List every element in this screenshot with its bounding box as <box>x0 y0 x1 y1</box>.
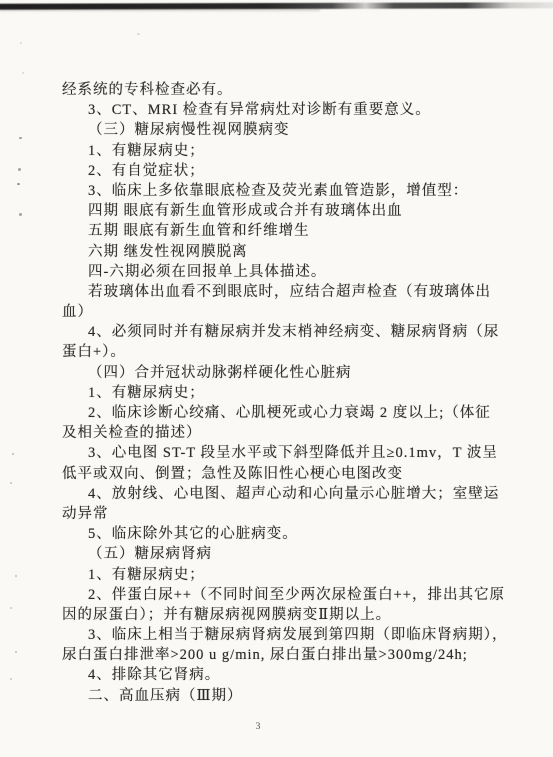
scan-speck <box>18 168 21 171</box>
text-line: 2、有自觉症状； <box>62 161 522 181</box>
scan-speck <box>10 678 12 680</box>
text-line: 经系统的专科检查必有。 <box>62 80 522 100</box>
scan-edge-artifact <box>0 9 320 11</box>
text-line: 2、临床诊断心绞痛、心肌梗死或心力衰竭 2 度以上;（体征 <box>62 403 522 423</box>
text-line: 四-六期必须在回报单上具体描述。 <box>62 262 522 282</box>
text-line: 尿白蛋白排泄率>200 u g/min, 尿白蛋白排出量>300mg/24h; <box>62 645 522 665</box>
text-line: （三）糖尿病慢性视网膜病变 <box>62 120 522 140</box>
text-line: 3、临床上多依靠眼底检查及荧光素血管造影，增值型： <box>62 181 522 201</box>
text-line: 1、有糖尿病史； <box>62 383 522 403</box>
text-line: 1、有糖尿病史； <box>62 565 522 585</box>
scan-speck <box>15 575 17 577</box>
text-line: 4、必须同时并有糖尿病并发末梢神经病变、糖尿病肾病（尿 <box>62 322 522 342</box>
text-line: 蛋白+）。 <box>62 342 522 362</box>
text-line: 二、高血压病（Ⅲ期） <box>62 686 522 706</box>
scan-speck <box>137 33 140 35</box>
text-line: （四）合并冠状动脉粥样硬化性心脏病 <box>62 363 522 383</box>
text-line: 2、伴蛋白尿++（不同时间至少两次尿检蛋白++，排出其它原 <box>62 585 522 605</box>
text-line: 血） <box>62 302 522 322</box>
text-line: 1、有糖尿病史； <box>62 141 522 161</box>
text-line: （五）糖尿病肾病 <box>62 544 522 564</box>
scan-speck <box>19 137 22 139</box>
document-page: 经系统的专科检查必有。3、CT、MRI 检查有异常病灶对诊断有重要意义。（三）糖… <box>0 0 553 757</box>
text-block: 经系统的专科检查必有。3、CT、MRI 检查有异常病灶对诊断有重要意义。（三）糖… <box>62 80 522 706</box>
text-line: 若玻璃体出血看不到眼底时，应结合超声检查（有玻璃体出 <box>62 282 522 302</box>
text-line: 六期 继发性视网膜脱离 <box>62 242 522 262</box>
text-line: 3、心电图 ST-T 段呈水平或下斜型降低并且≥0.1mv，T 波呈 <box>62 443 522 463</box>
scan-speck <box>12 453 14 455</box>
text-line: 因的尿蛋白）；并有糖尿病视网膜病变Ⅱ期以上。 <box>62 605 522 625</box>
text-line: 5、临床除外其它的心脏病变。 <box>62 524 522 544</box>
text-line: 3、CT、MRI 检查有异常病灶对诊断有重要意义。 <box>62 100 522 120</box>
scan-speck <box>17 183 20 185</box>
page-number: 3 <box>248 722 268 732</box>
text-line: 四期 眼底有新生血管形成或合并有玻璃体出血 <box>62 201 522 221</box>
scan-speck <box>22 72 24 74</box>
text-line: 动异常 <box>62 504 522 524</box>
text-line: 五期 眼底有新生血管和纤维增生 <box>62 221 522 241</box>
scan-speck <box>20 42 22 44</box>
scan-speck <box>15 651 17 653</box>
scan-speck <box>19 213 22 216</box>
text-line: 及相关检查的描述） <box>62 423 522 443</box>
text-line: 3、临床上相当于糖尿病肾病发展到第四期（即临床肾病期）， <box>62 625 522 645</box>
text-line: 低平或双向、倒置；急性及陈旧性心梗心电图改变 <box>62 464 522 484</box>
scan-speck <box>10 482 12 484</box>
text-line: 4、排除其它肾病。 <box>62 665 522 685</box>
scan-speck <box>10 607 12 609</box>
text-line: 4、放射线、心电图、超声心动和心向量示心脏增大；室壁运 <box>62 484 522 504</box>
